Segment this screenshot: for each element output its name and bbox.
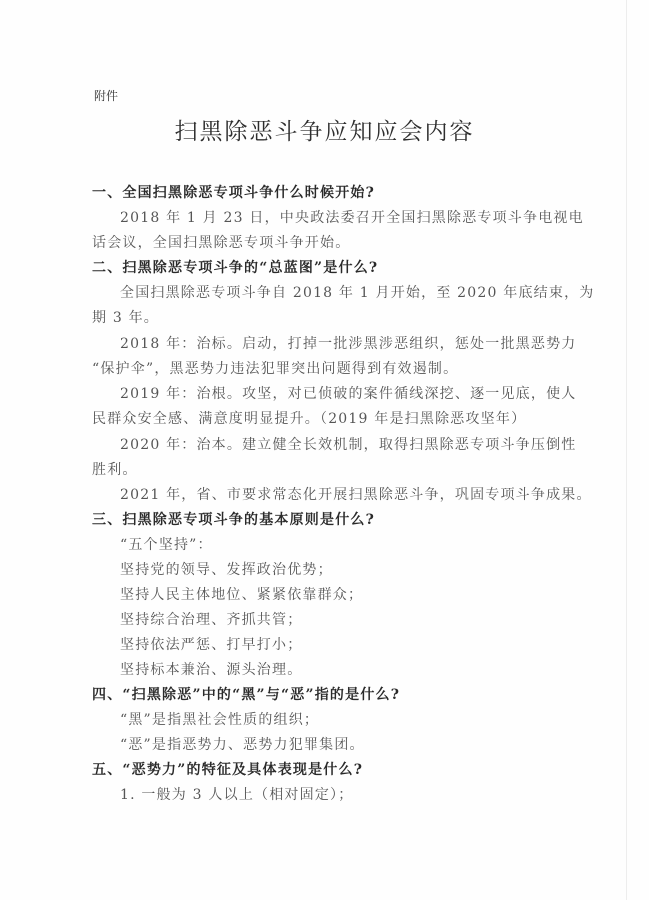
section-heading-2: 二、扫黑除恶专项斗争的“总蓝图”是什么? [92,257,378,277]
paragraph-line: “黑”是指黑社会性质的组织； [120,709,319,729]
section-heading-5: 五、“恶势力”的特征及具体表现是什么? [92,759,363,779]
list-item: 坚持综合治理、齐抓共管； [120,609,302,629]
paragraph-line: 2018 年：治标。启动，打掉一批涉黑涉恶组织，惩处一批黑恶势力 [120,333,576,353]
section-heading-3: 三、扫黑除恶专项斗争的基本原则是什么? [92,509,375,529]
paragraph-line: 2020 年：治本。建立健全长效机制，取得扫黑除恶专项斗争压倒性 [120,434,576,454]
list-item: 1. 一般为 3 人以上（相对固定）； [120,784,353,804]
paragraph-line: 2019 年：治根。攻坚，对已侦破的案件循线深挖、逐一见底，使人 [120,383,576,403]
paragraph-line: 期 3 年。 [92,307,159,327]
list-item: 坚持标本兼治、源头治理。 [120,659,302,679]
paragraph-line: 2021 年，省、市要求常态化开展扫黑除恶斗争，巩固专项斗争成果。 [120,484,592,504]
section-heading-4: 四、“扫黑除恶”中的“黑”与“恶”指的是什么? [92,684,400,704]
paragraph-line: 2018 年 1 月 23 日，中央政法委召开全国扫黑除恶专项斗争电视电 [120,207,584,227]
paragraph-line: “保护伞”，黑恶势力违法犯罪突出问题得到有效遏制。 [92,358,458,378]
paragraph-line: 胜利。 [92,459,138,479]
attachment-label: 附件 [94,87,118,104]
paragraph-line: 全国扫黑除恶专项斗争自 2018 年 1 月开始，至 2020 年底结束，为 [120,282,594,302]
document-title: 扫黑除恶斗争应知应会内容 [0,113,649,146]
list-item: 坚持依法严惩、打早打小； [120,634,302,654]
paragraph-line: 民群众安全感、满意度明显提升。（2019 年是扫黑除恶攻坚年） [92,408,526,428]
list-item: 坚持人民主体地位、紧紧依靠群众； [120,584,363,604]
paragraph-line: “恶”是指恶势力、恶势力犯罪集团。 [120,734,365,754]
paragraph-line: 话会议，全国扫黑除恶专项斗争开始。 [92,232,350,252]
section-heading-1: 一、全国扫黑除恶专项斗争什么时候开始? [92,182,375,202]
list-intro: “五个坚持”： [120,534,213,554]
list-item: 坚持党的领导、发挥政治优势； [120,559,333,579]
document-page: 附件 扫黑除恶斗争应知应会内容 一、全国扫黑除恶专项斗争什么时候开始? 2018… [0,0,649,900]
